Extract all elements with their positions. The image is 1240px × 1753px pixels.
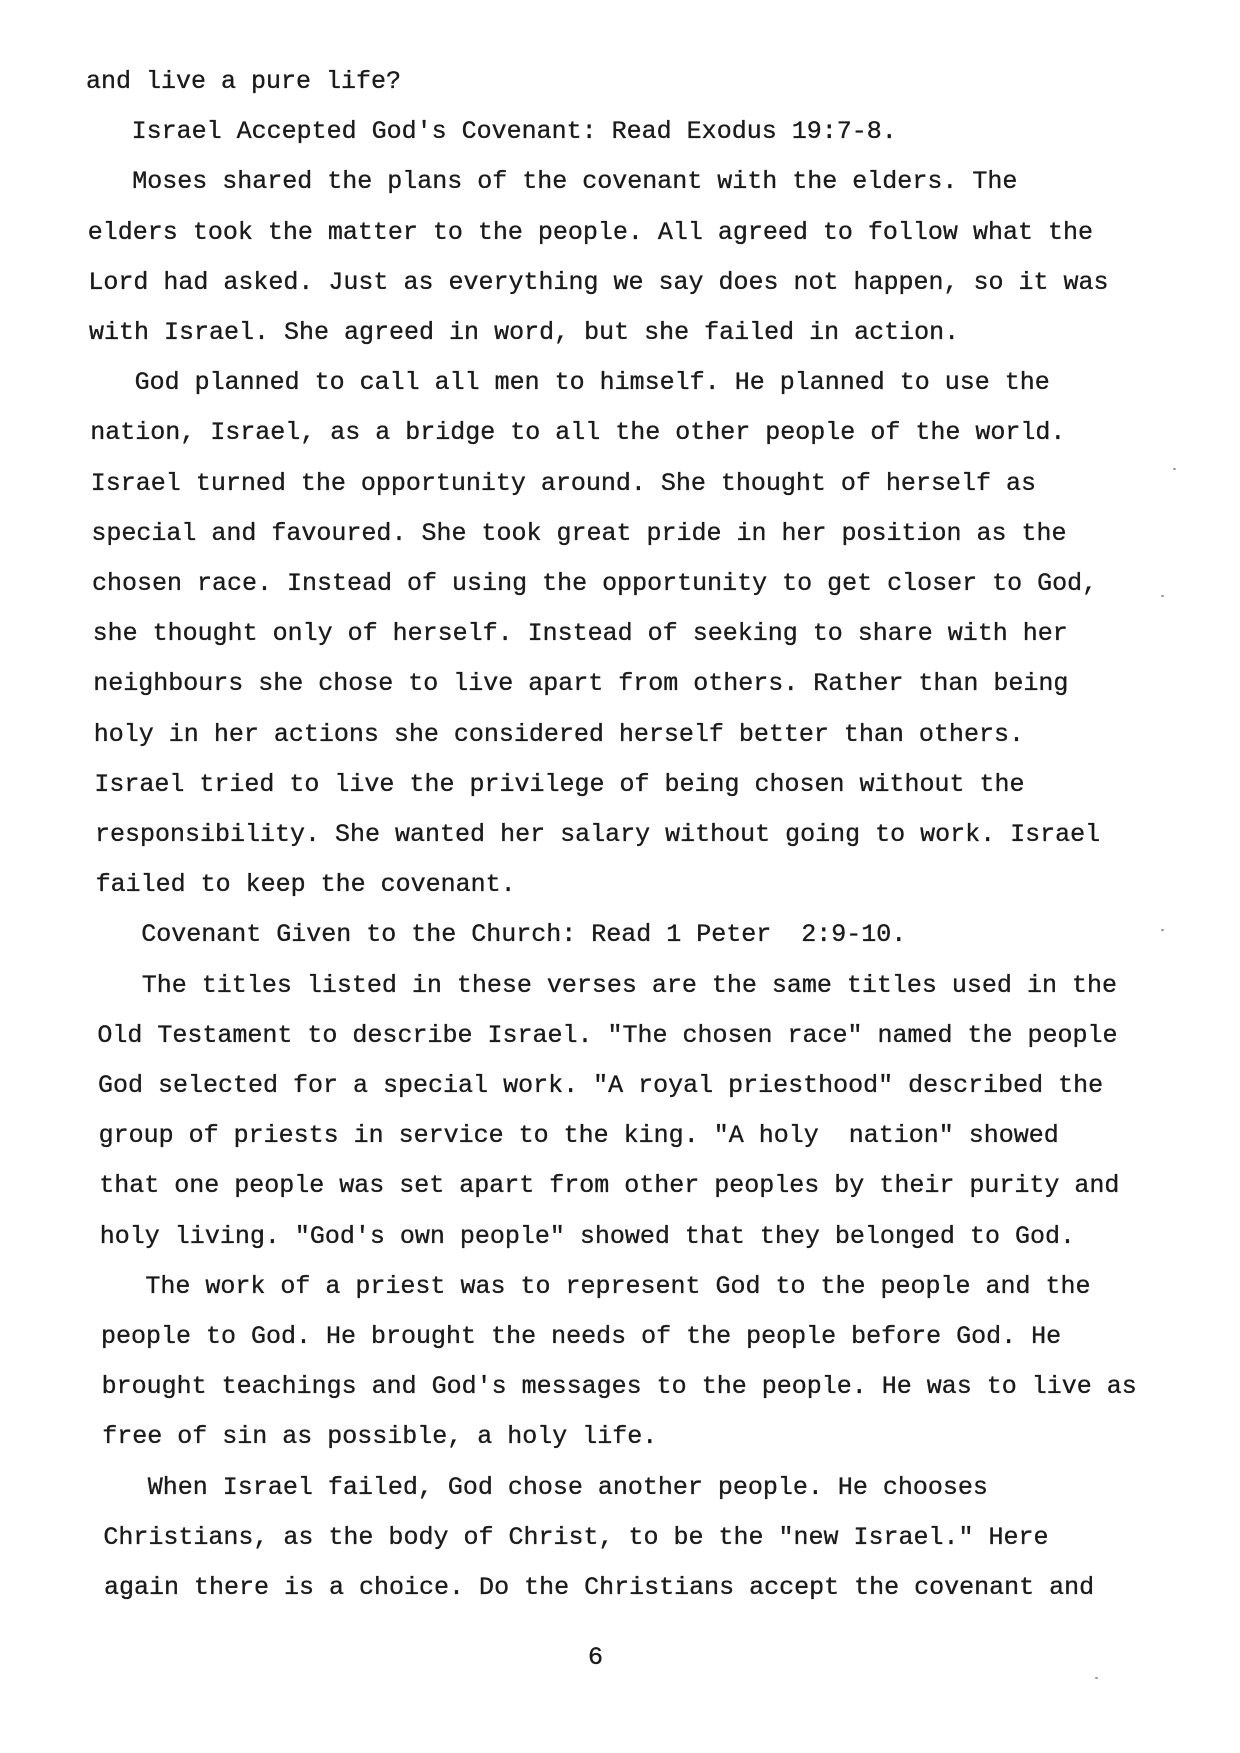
- document-page: and live a pure life?Israel Accepted God…: [0, 0, 1240, 1753]
- text-line: responsibility. She wanted her salary wi…: [95, 820, 1100, 850]
- scan-speck: [1161, 595, 1164, 597]
- paragraph-first-line: God planned to call all men to himself. …: [135, 368, 1050, 398]
- paragraph-first-line: The work of a priest was to represent Go…: [145, 1272, 1090, 1302]
- text-line: that one people was set apart from other…: [99, 1171, 1119, 1201]
- text-line: chosen race. Instead of using the opport…: [92, 569, 1097, 599]
- scan-speck: [1161, 929, 1164, 931]
- text-line: free of sin as possible, a holy life.: [102, 1422, 657, 1452]
- text-line: again there is a choice. Do the Christia…: [104, 1573, 1094, 1603]
- page-number: 6: [588, 1643, 603, 1673]
- paragraph-first-line: Covenant Given to the Church: Read 1 Pet…: [141, 920, 906, 950]
- text-line: failed to keep the covenant.: [96, 870, 516, 900]
- text-line: brought teachings and God's messages to …: [102, 1372, 1137, 1402]
- text-line: Old Testament to describe Israel. "The c…: [97, 1021, 1117, 1051]
- text-line: Christians, as the body of Christ, to be…: [103, 1523, 1048, 1553]
- paragraph-first-line: Israel Accepted God's Covenant: Read Exo…: [132, 117, 897, 147]
- text-line: special and favoured. She took great pri…: [91, 519, 1066, 549]
- text-line: nation, Israel, as a bridge to all the o…: [90, 418, 1065, 448]
- text-line: with Israel. She agreed in word, but she…: [89, 318, 959, 348]
- text-line: she thought only of herself. Instead of …: [93, 619, 1068, 649]
- text-line: holy in her actions she considered herse…: [94, 720, 1024, 750]
- text-line: Israel tried to live the privilege of be…: [94, 770, 1024, 800]
- text-line: Lord had asked. Just as everything we sa…: [88, 268, 1108, 298]
- text-line: holy living. "God's own people" showed t…: [100, 1222, 1075, 1252]
- scan-speck: [1173, 468, 1176, 470]
- paragraph-first-line: When Israel failed, God chose another pe…: [148, 1473, 988, 1503]
- text-line: Israel turned the opportunity around. Sh…: [91, 469, 1036, 499]
- text-line: people to God. He brought the needs of t…: [101, 1322, 1061, 1352]
- text-line: and live a pure life?: [86, 67, 401, 97]
- scan-speck: [1095, 1677, 1098, 1679]
- paragraph-first-line: Moses shared the plans of the covenant w…: [132, 167, 1017, 197]
- text-line: elders took the matter to the people. Al…: [88, 218, 1093, 248]
- paragraph-first-line: The titles listed in these verses are th…: [142, 971, 1117, 1001]
- text-line: God selected for a special work. "A roya…: [98, 1071, 1103, 1101]
- text-line: group of priests in service to the king.…: [99, 1121, 1059, 1151]
- text-line: neighbours she chose to live apart from …: [93, 669, 1068, 699]
